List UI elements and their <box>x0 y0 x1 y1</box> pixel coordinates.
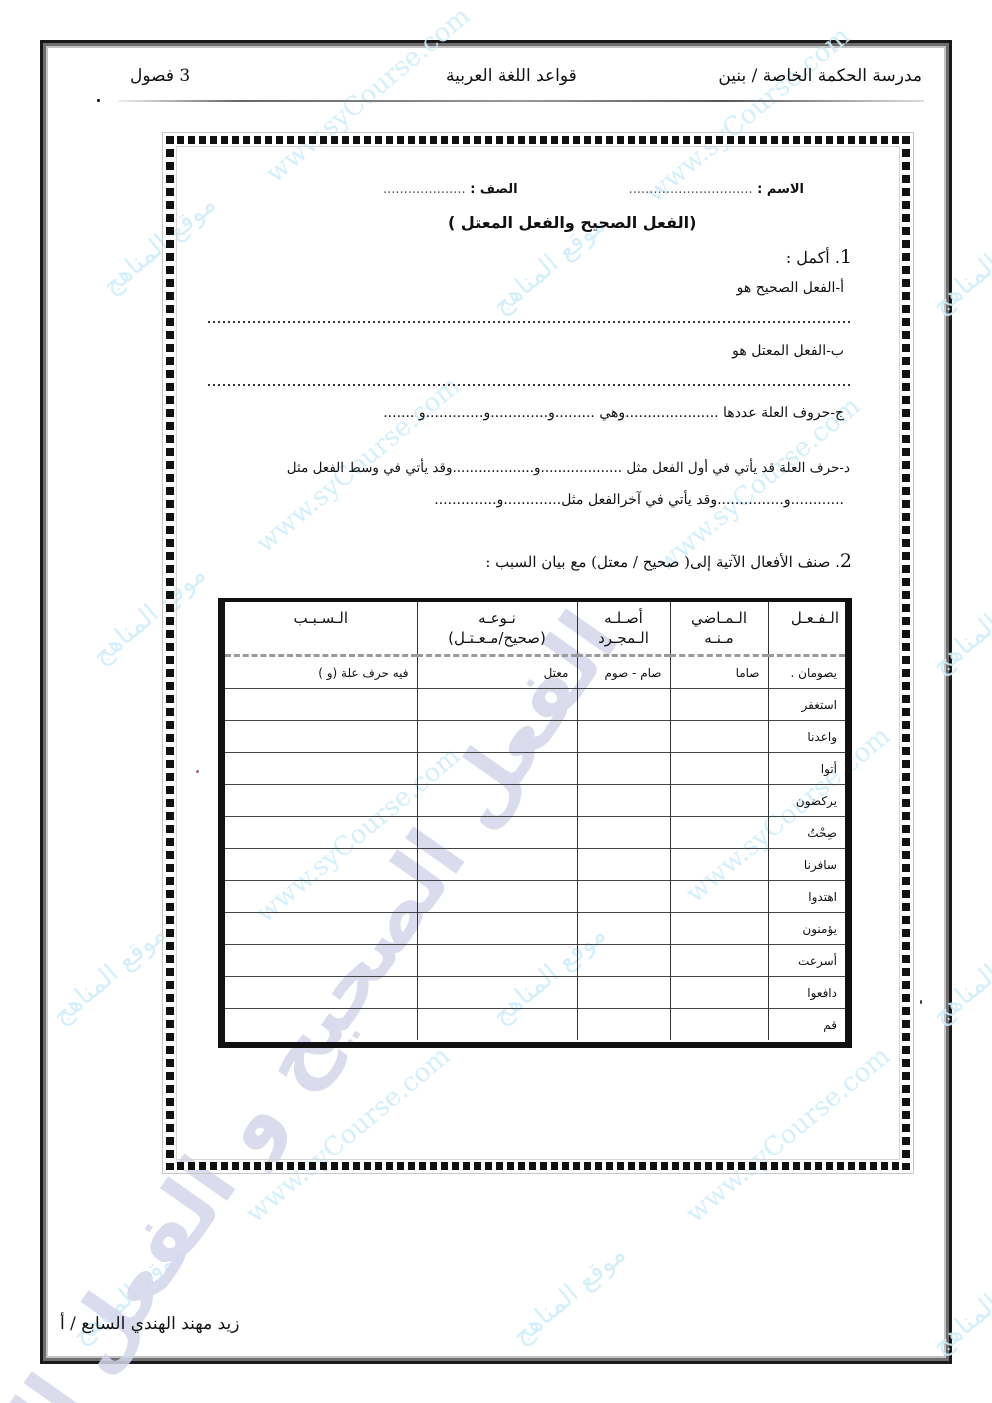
col-header-type: نـوعـه(صحيح/مـعـتـل) <box>417 602 577 656</box>
class-field[interactable]: الصف : .................... <box>383 182 518 197</box>
cell-root[interactable] <box>577 849 670 881</box>
question-1-label: . أكمل : <box>786 248 840 267</box>
answer-line-a[interactable] <box>208 321 852 323</box>
class-blank[interactable]: .................... <box>383 182 466 197</box>
cell-verb: قم <box>768 1009 845 1041</box>
cell-reason[interactable] <box>225 945 417 977</box>
student-name-field[interactable]: الاسم : .............................. <box>629 182 804 197</box>
cell-root[interactable] <box>577 881 670 913</box>
cell-root[interactable] <box>577 945 670 977</box>
cell-root[interactable] <box>577 721 670 753</box>
class-label: الصف : <box>470 182 517 197</box>
cell-verb: يركضون <box>768 785 845 817</box>
cell-reason[interactable] <box>225 913 417 945</box>
header-divider <box>118 100 924 102</box>
q1-item-c[interactable]: ج-حروف العلة عددها .....................… <box>383 405 844 421</box>
question-1-heading: 1. أكمل : <box>786 246 852 268</box>
cell-reason[interactable] <box>225 753 417 785</box>
paper-speck <box>196 770 199 773</box>
table-row: يؤمنون <box>225 913 845 945</box>
cell-verb: أتوا <box>768 753 845 785</box>
question-2-number: 2 <box>840 550 852 572</box>
table-row: سافرنا <box>225 849 845 881</box>
verbs-table: الـفـعـل الـمـاضيمـنـه أصـلـهالـمجـرد نـ… <box>218 598 852 1048</box>
cell-reason[interactable] <box>225 1009 417 1041</box>
q1-item-a: أ-الفعل الصحيح هو <box>737 280 844 296</box>
cell-type[interactable] <box>417 881 577 913</box>
cell-type[interactable] <box>417 689 577 721</box>
cell-verb: دافعوا <box>768 977 845 1009</box>
cell-verb: يصومان . <box>768 656 845 689</box>
cell-type[interactable] <box>417 785 577 817</box>
cell-type[interactable] <box>417 753 577 785</box>
cell-past[interactable] <box>670 785 768 817</box>
name-blank[interactable]: .............................. <box>629 182 753 197</box>
cell-reason[interactable] <box>225 785 417 817</box>
cell-verb: صِحْتُ <box>768 817 845 849</box>
cell-reason[interactable] <box>225 849 417 881</box>
worksheet-title: (الفعل الصحيح والفعل المعتل ) <box>448 213 696 232</box>
school-name: مدرسة الحكمة الخاصة / بنين <box>718 66 922 86</box>
table-row: واعدنا <box>225 721 845 753</box>
table-row: دافعوا <box>225 977 845 1009</box>
cell-past[interactable] <box>670 913 768 945</box>
table-row: أسرعت <box>225 945 845 977</box>
cell-verb: اهتدوا <box>768 881 845 913</box>
table-row: اهتدوا <box>225 881 845 913</box>
q1-item-b: ب-الفعل المعتل هو <box>732 343 844 359</box>
cell-past[interactable] <box>670 817 768 849</box>
cell-root[interactable] <box>577 977 670 1009</box>
cell-reason[interactable] <box>225 721 417 753</box>
cell-type[interactable] <box>417 721 577 753</box>
q1-item-d[interactable]: د-حرف العلة قد يأتي في أول الفعل مثل ...… <box>287 460 850 476</box>
table-row: استغفر <box>225 689 845 721</box>
cell-root[interactable] <box>577 913 670 945</box>
name-label: الاسم : <box>757 182 804 197</box>
stray-dot <box>97 99 100 102</box>
question-1-number: 1 <box>840 246 852 268</box>
cell-root[interactable]: صام - صوم <box>577 656 670 689</box>
col-header-root: أصـلـهالـمجـرد <box>577 602 670 656</box>
table-header-row: الـفـعـل الـمـاضيمـنـه أصـلـهالـمجـرد نـ… <box>225 602 845 656</box>
cell-type[interactable] <box>417 1009 577 1041</box>
table-row: أتوا <box>225 753 845 785</box>
cell-type[interactable] <box>417 817 577 849</box>
cell-type[interactable] <box>417 849 577 881</box>
table-row: يصومان . صاما صام - صوم معتل فيه حرف علة… <box>225 656 845 689</box>
cell-type[interactable] <box>417 913 577 945</box>
cell-past[interactable] <box>670 753 768 785</box>
col-header-reason: الـسـبـب <box>225 602 417 656</box>
cell-root[interactable] <box>577 817 670 849</box>
cell-past[interactable] <box>670 849 768 881</box>
table-row: يركضون <box>225 785 845 817</box>
cell-past[interactable] <box>670 689 768 721</box>
paper-speck <box>920 1000 922 1004</box>
col-header-verb: الـفـعـل <box>768 602 845 656</box>
subject-name: قواعد اللغة العربية <box>446 66 577 86</box>
cell-type[interactable] <box>417 945 577 977</box>
cell-past[interactable] <box>670 881 768 913</box>
cell-past[interactable]: صاما <box>670 656 768 689</box>
question-2-heading: 2. صنف الأفعال الآتية إلى( صحيح / معتل) … <box>485 550 852 572</box>
cell-verb: سافرنا <box>768 849 845 881</box>
cell-type[interactable]: معتل <box>417 656 577 689</box>
cell-root[interactable] <box>577 785 670 817</box>
cell-reason[interactable] <box>225 817 417 849</box>
question-2-label: . صنف الأفعال الآتية إلى( صحيح / معتل) م… <box>485 553 840 571</box>
page-header: مدرسة الحكمة الخاصة / بنين قواعد اللغة ا… <box>128 66 922 90</box>
cell-reason[interactable] <box>225 881 417 913</box>
cell-reason[interactable]: فيه حرف علة (و ) <box>225 656 417 689</box>
answer-line-b[interactable] <box>208 384 852 386</box>
table-row: قم <box>225 1009 845 1041</box>
cell-root[interactable] <box>577 1009 670 1041</box>
cell-past[interactable] <box>670 977 768 1009</box>
cell-root[interactable] <box>577 689 670 721</box>
cell-reason[interactable] <box>225 689 417 721</box>
cell-past[interactable] <box>670 721 768 753</box>
cell-type[interactable] <box>417 977 577 1009</box>
q1-item-d-cont[interactable]: ............و...............وقد يأتي في … <box>434 492 844 508</box>
table-row: صِحْتُ <box>225 817 845 849</box>
col-header-past: الـمـاضيمـنـه <box>670 602 768 656</box>
cell-reason[interactable] <box>225 977 417 1009</box>
footer-author: زيد مهند الهندي السابع / أ <box>60 1314 239 1334</box>
cell-verb: يؤمنون <box>768 913 845 945</box>
cell-verb: استغفر <box>768 689 845 721</box>
cell-past[interactable] <box>670 1009 768 1041</box>
cell-past[interactable] <box>670 945 768 977</box>
cell-verb: واعدنا <box>768 721 845 753</box>
cell-root[interactable] <box>577 753 670 785</box>
term-label: 3 فصول <box>130 66 190 86</box>
cell-verb: أسرعت <box>768 945 845 977</box>
